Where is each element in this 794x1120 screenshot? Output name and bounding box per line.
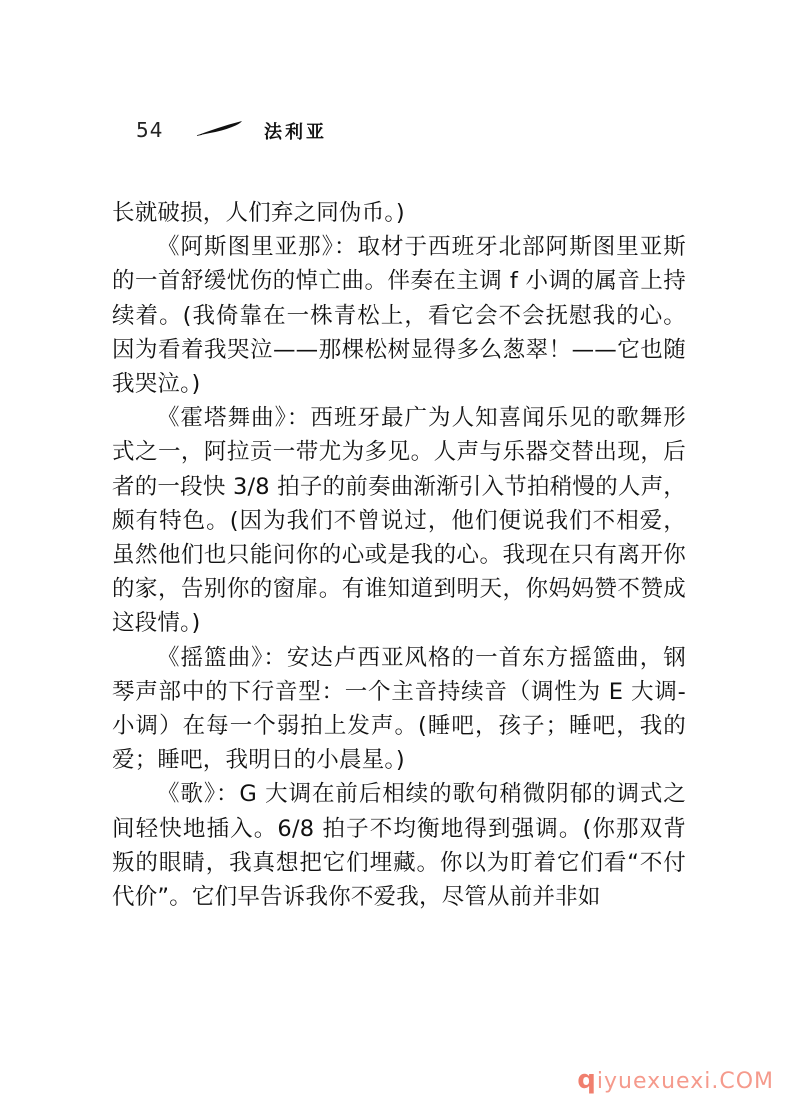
body-text: 长就破损，人们弃之同伪币。) 《阿斯图里亚那》：取材于西班牙北部阿斯图里亚斯的一… — [112, 196, 686, 914]
paragraph-continuation: 长就破损，人们弃之同伪币。) — [112, 196, 686, 230]
page-number: 54 — [136, 118, 163, 142]
running-title: 法利亚 — [264, 118, 327, 144]
paragraph-cancion: 《歌》：G 大调在前后相续的歌句稍微阴郁的调式之间轻快地插入。6/8 拍子不均衡… — [112, 777, 686, 914]
paragraph-jota: 《霍塔舞曲》：西班牙最广为人知喜闻乐见的歌舞形式之一，阿拉贡一带尤为多见。人声与… — [112, 401, 686, 640]
watermark-domain: iyuexuexi.COM — [597, 1069, 774, 1094]
quill-icon — [196, 120, 246, 136]
page-header: 54 法利亚 — [136, 118, 436, 148]
watermark: qiyuexuexi.COM — [577, 1065, 774, 1095]
paragraph-nana: 《摇篮曲》：安达卢西亚风格的一首东方摇篮曲，钢琴声部中的下行音型：一个主音持续音… — [112, 641, 686, 778]
watermark-q: q — [577, 1065, 597, 1095]
paragraph-asturiana: 《阿斯图里亚那》：取材于西班牙北部阿斯图里亚斯的一首舒缓忧伤的悼亡曲。伴奏在主调… — [112, 230, 686, 401]
